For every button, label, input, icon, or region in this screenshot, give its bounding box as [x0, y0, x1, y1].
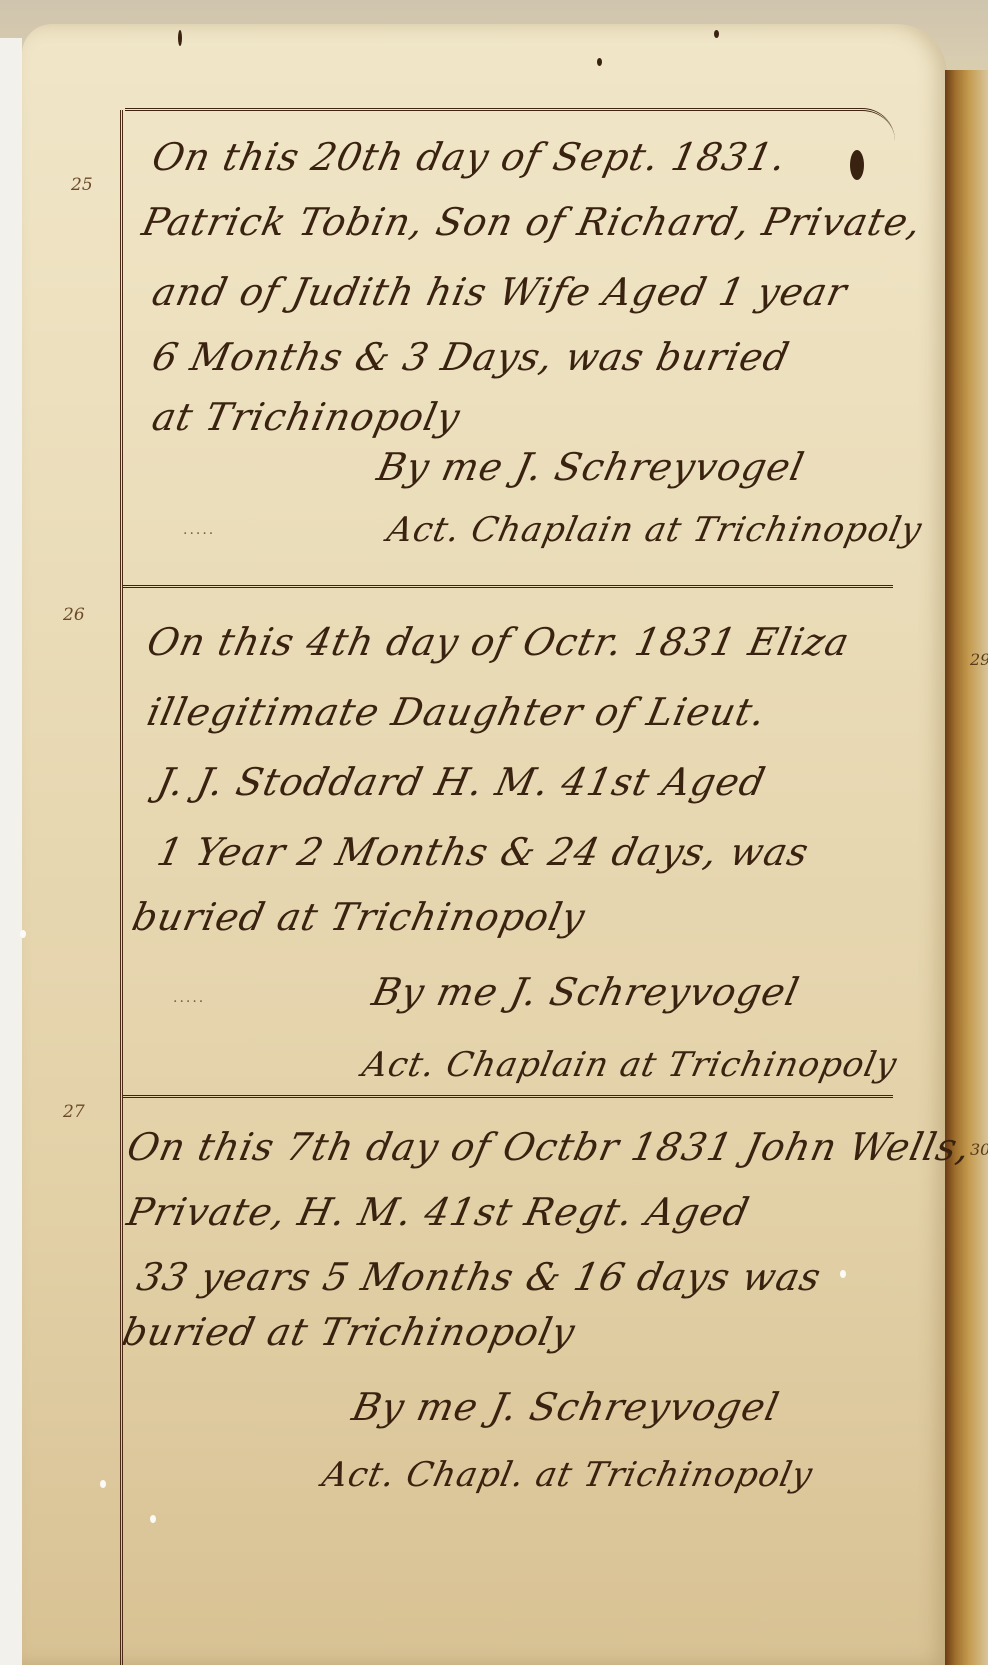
ink-speck — [714, 30, 719, 38]
entry-line: buried at Trichinopoly — [118, 1310, 579, 1354]
entry-line: J. J. Stoddard H. M. 41st Aged — [153, 760, 769, 804]
next-page-edge — [945, 70, 988, 1665]
paper-hole — [100, 1480, 106, 1488]
next-page-number: 30 — [970, 1140, 988, 1159]
entry-divider — [123, 585, 893, 588]
register-table: 25 On this 20th day of Sept. 1831. Patri… — [120, 110, 943, 1665]
chaplain-title: Act. Chapl. at Trichinopoly — [319, 1455, 817, 1495]
background-gap — [0, 38, 22, 1665]
entry-line: illegitimate Daughter of Lieut. — [143, 690, 770, 734]
entry-number: 27 — [63, 1102, 85, 1122]
entry-line: 1 Year 2 Months & 24 days, was — [153, 830, 813, 874]
chaplain-signature: By me J. Schreyvogel — [348, 1385, 783, 1429]
chaplain-title: Act. Chaplain at Trichinopoly — [384, 510, 926, 550]
chaplain-title: Act. Chaplain at Trichinopoly — [359, 1045, 901, 1085]
entry-line: On this 4th day of Octr. 1831 Eliza — [143, 620, 853, 664]
entry-line: Private, H. M. 41st Regt. Aged — [123, 1190, 753, 1234]
entry-line: and of Judith his Wife Aged 1 year — [148, 270, 851, 314]
chaplain-signature: By me J. Schreyvogel — [368, 970, 803, 1014]
entry-line: On this 20th day of Sept. 1831. — [148, 135, 790, 179]
entry-line: buried at Trichinopoly — [128, 895, 589, 939]
next-page-number: 29 — [970, 650, 988, 669]
ink-speck — [178, 30, 182, 46]
chaplain-signature: By me J. Schreyvogel — [373, 445, 808, 489]
entry-line: 33 years 5 Months & 16 days was — [133, 1255, 825, 1299]
paper-hole — [20, 930, 26, 938]
margin-dots: ..... — [173, 990, 205, 1006]
entry-line: On this 7th day of Octbr 1831 John Wells… — [123, 1125, 975, 1169]
entry-number: 26 — [63, 605, 85, 625]
entry-number: 25 — [71, 175, 93, 195]
entry-line: at Trichinopoly — [148, 395, 464, 439]
entry-line: 6 Months & 3 Days, was buried — [148, 335, 793, 379]
entry-line: Patrick Tobin, Son of Richard, Private, — [138, 200, 925, 244]
margin-dots: ..... — [183, 522, 215, 538]
entry-divider — [123, 1095, 893, 1098]
ink-speck — [597, 58, 602, 66]
